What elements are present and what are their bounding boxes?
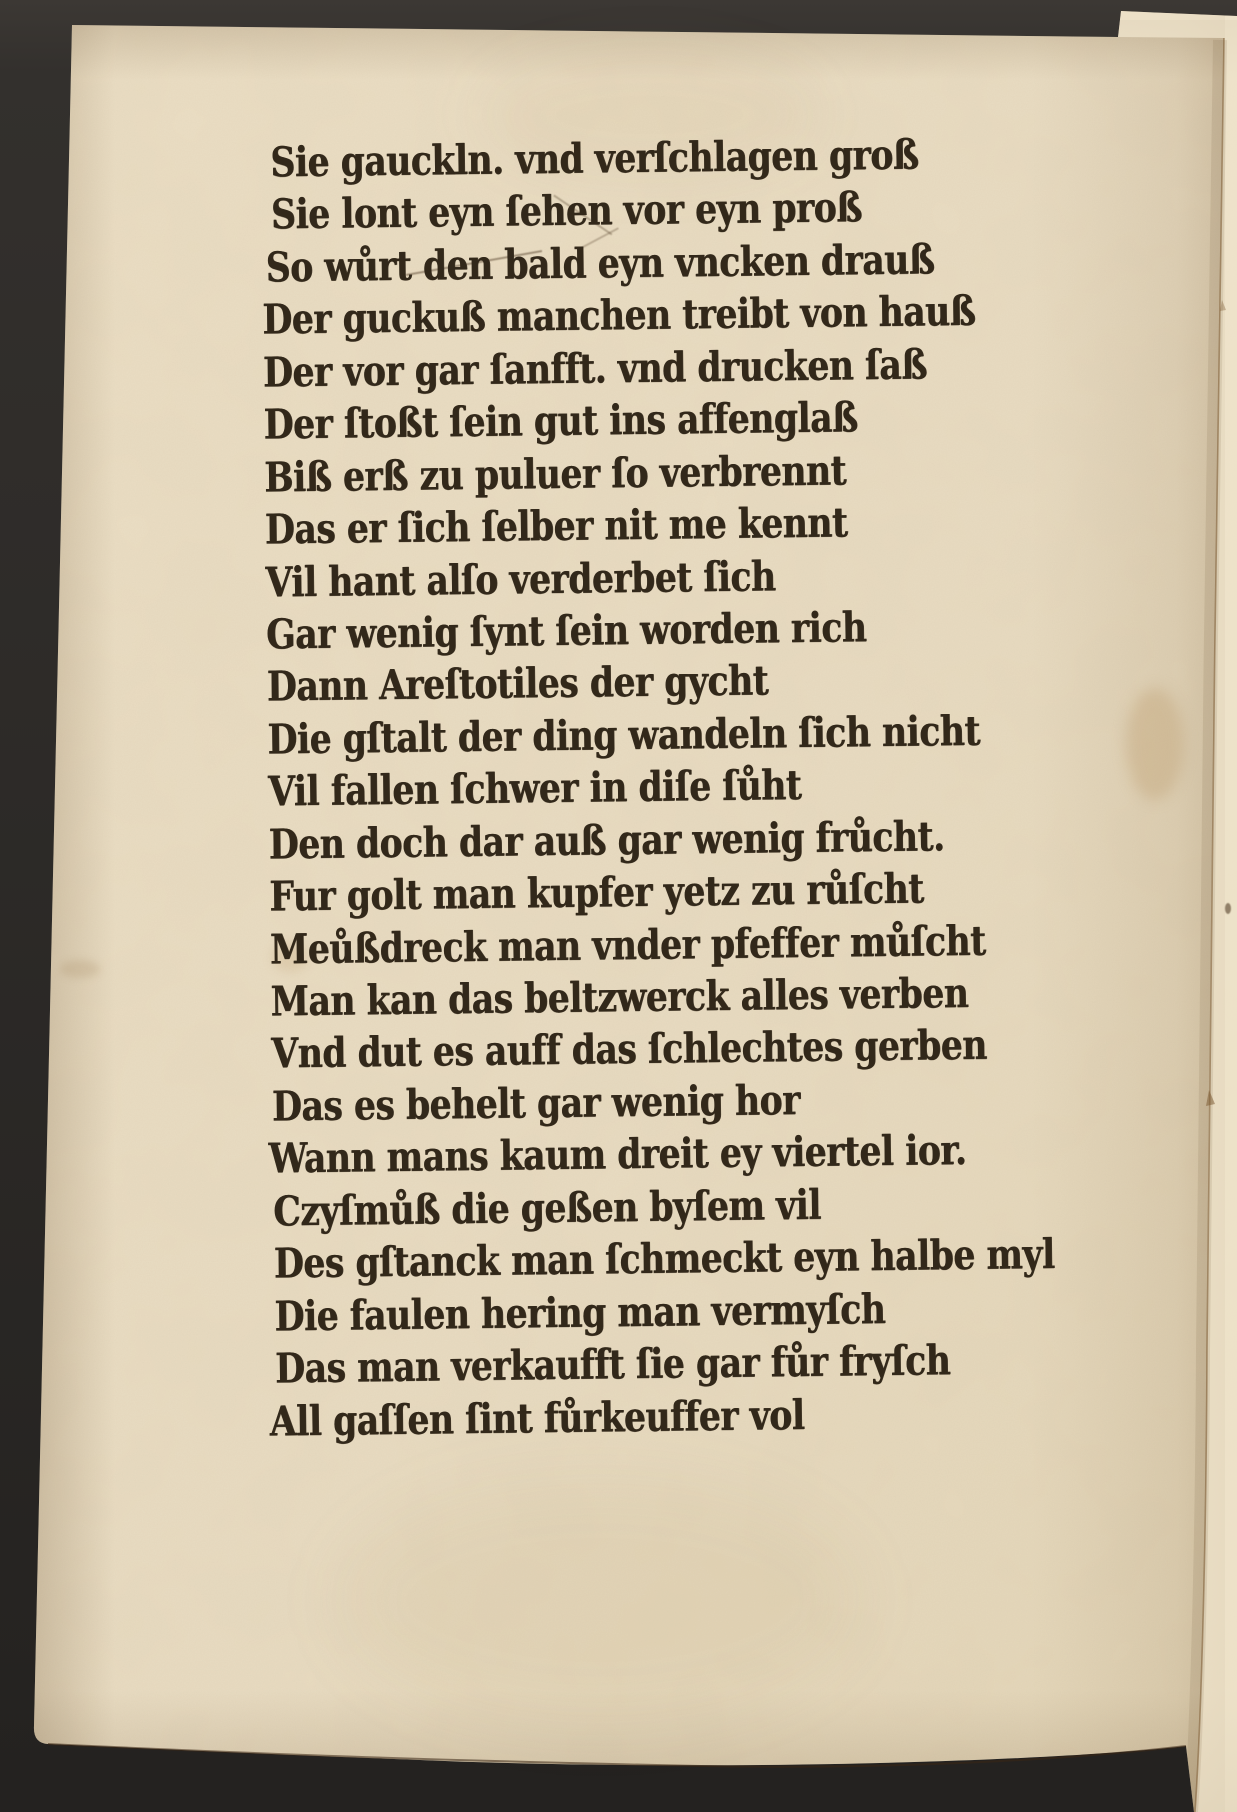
verse-line: Der ſtoßt ſein gut ins affenglaß <box>263 392 852 452</box>
verse-line: Man kan das beltzwerck alles verben <box>270 968 859 1028</box>
ink-speck <box>1225 903 1231 914</box>
verse-line: Den doch dar auß gar wenig frůcht. <box>268 811 857 871</box>
verse-text-block: Sie gauckln. vnd verſchlagen groß Sie lo… <box>260 128 976 1447</box>
verse-line: Czyſmůß die geßen byſem vil <box>273 1178 862 1238</box>
verse-line: Gar wenig ſynt ſein worden rich <box>266 601 855 661</box>
verse-line: Das er ſich ſelber nit me kennt <box>265 496 854 556</box>
verse-line: Die gſtalt der ding wandeln ſich nicht <box>267 706 856 766</box>
verse-line: Biß erß zu puluer ſo verbrennt <box>264 444 853 504</box>
verse-line: Sie gauckln. vnd verſchlagen groß <box>270 129 850 189</box>
verse-line: Sie lont eyn ſehen vor eyn proß <box>271 182 851 242</box>
verse-line: Vil fallen ſchwer in diſe ſůht <box>268 759 857 819</box>
verse-line: Der guckuß manchen treibt von hauß <box>262 287 851 347</box>
verse-line: Der vor gar ſanfft. vnd drucken ſaß <box>263 339 852 399</box>
verse-line: Meůßdreck man vnder pfeffer můſcht <box>270 916 859 976</box>
verse-line: Wann mans kaum dreit ey viertel ior. <box>268 1126 860 1186</box>
verse-line: Die faulen hering man vermyſch <box>274 1283 863 1343</box>
verse-line: Fur golt man kupfer yetz zu růſcht <box>269 863 858 923</box>
verse-line: All gaſſen ſint fůrkeuffer vol <box>269 1388 863 1448</box>
verse-line: Vnd dut es auff das ſchlechtes gerben <box>271 1021 860 1081</box>
verse-line: Das man verkaufft ſie gar fůr fryſch <box>275 1335 864 1395</box>
verse-line: So wůrt den bald eyn vncken drauß <box>265 234 850 294</box>
verse-line: Dann Areſtotiles der gycht <box>266 654 855 714</box>
verse-line: Vil hant alſo verderbet ſich <box>265 549 854 609</box>
verse-line: Des gſtanck man ſchmeckt eyn halbe myl <box>274 1230 863 1290</box>
book-scan: Sie gauckln. vnd verſchlagen groß Sie lo… <box>0 0 1237 1812</box>
verse-line: Das es behelt gar wenig hor <box>272 1073 861 1133</box>
